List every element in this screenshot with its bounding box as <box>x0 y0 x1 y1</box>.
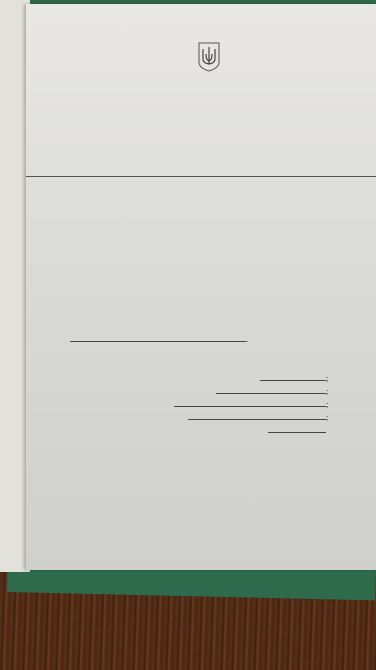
document-page: . ; ; ; ; <box>26 4 376 570</box>
header-divider <box>26 176 376 177</box>
restriction-value <box>260 380 326 381</box>
coat-of-arms-icon <box>198 42 220 72</box>
servitude-line: . <box>66 335 248 344</box>
restriction-value <box>188 419 326 420</box>
restriction-row <box>38 426 326 435</box>
restriction-value <box>216 393 326 394</box>
location-line-1 <box>66 213 71 222</box>
servitude-value <box>70 341 246 342</box>
area-line-1 <box>66 241 69 250</box>
restriction-row: ; <box>38 374 328 383</box>
restriction-value <box>268 432 326 433</box>
restriction-value <box>174 406 326 407</box>
restriction-row: ; <box>38 400 328 409</box>
restriction-row: ; <box>38 387 328 396</box>
restriction-row: ; <box>38 413 328 422</box>
